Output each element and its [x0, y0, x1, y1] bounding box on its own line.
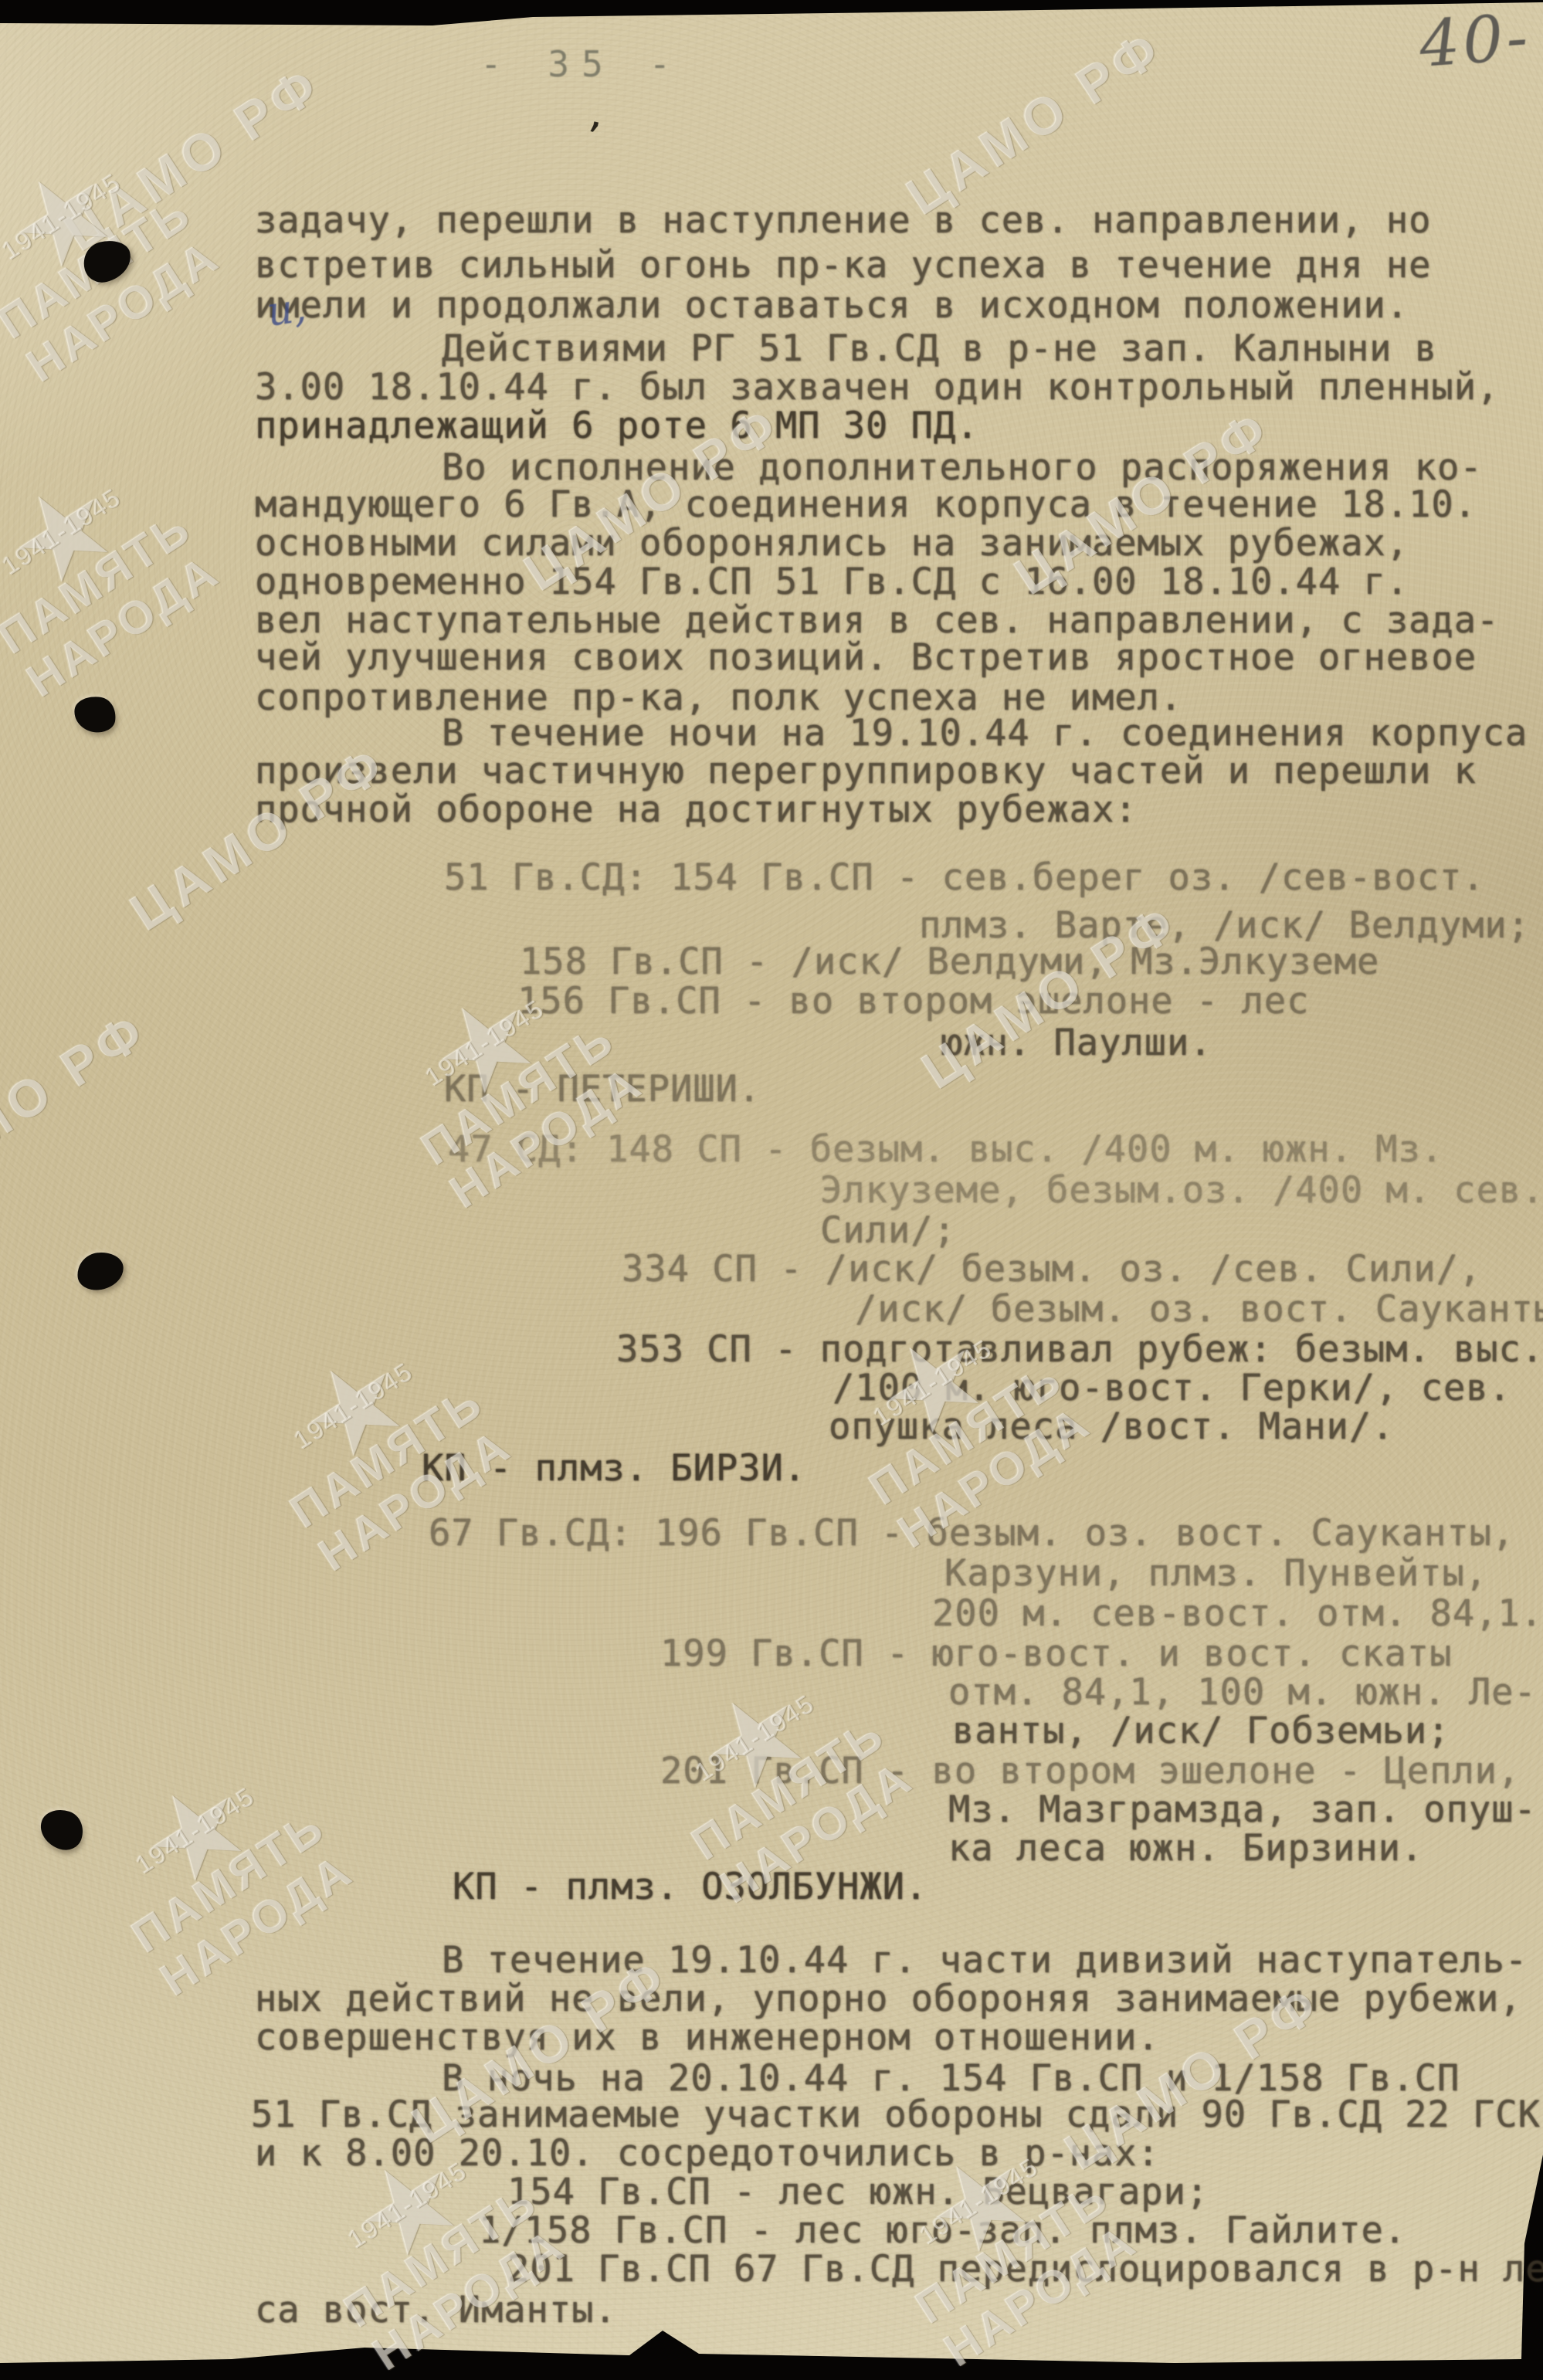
typewritten-line: основными силами оборонялись на занимаем…	[255, 525, 1409, 561]
typewritten-line: Элкуземе, безым.оз. /400 м. сев.	[820, 1172, 1543, 1209]
typewritten-line: имели и продолжали оставаться в исходном…	[255, 287, 1409, 324]
typewritten-line: 156 Гв.СП - во втором эшелоне - лес	[517, 983, 1309, 1019]
typewritten-line: /100 м. юго-вост. Герки/, сев.	[833, 1370, 1511, 1406]
typewritten-line: Карзуни, плмз. Пунвейты,	[944, 1555, 1487, 1592]
typewritten-line: 154 Гв.СП - лес южн. Вецвагари;	[507, 2174, 1209, 2210]
typewritten-line: 3.00 18.10.44 г. был захвачен один контр…	[255, 369, 1499, 405]
typewritten-line: ных действий не вели, упорно обороняя за…	[255, 1981, 1522, 2017]
typewritten-line: 200 м. сев-вост. отм. 84,1.	[932, 1595, 1543, 1632]
typewritten-line: 158 Гв.СП - /иск/ Велдуми, Мз.Элкуземе	[520, 944, 1379, 980]
typewritten-line: 51 Гв.СД занимаемые участки обороны сдал…	[251, 2097, 1541, 2133]
typewritten-line: плмз. Варте, /иск/ Велдуми;	[919, 907, 1530, 944]
typewritten-line: /иск/ безым. оз. вост. Сауканты;	[855, 1291, 1543, 1327]
typewritten-line: совершенствуя их в инженерном отношении.	[255, 2019, 1160, 2056]
typewritten-line: произвели частичную перегруппировку част…	[255, 753, 1477, 789]
typewritten-line: Действиями РГ 51 Гв.СД в р-не зап. Калны…	[442, 331, 1437, 367]
typewritten-line: 47 СД: 148 СП - безым. выс. /400 м. южн.…	[448, 1131, 1443, 1168]
typewritten-line: принадлежащий 6 роте 6 МП 30 ПД.	[255, 408, 978, 444]
scanned-document-screenshot: { "scan": { "handwritten_page_number": "…	[0, 0, 1543, 2380]
typewritten-line: Сили/;	[820, 1212, 956, 1249]
typewritten-line: 353 СП - подготавливал рубеж: безым. выс…	[616, 1331, 1543, 1368]
typewritten-line: 199 Гв.СП - юго-вост. и вост. скаты	[660, 1636, 1452, 1672]
typewritten-line: и к 8.00 20.10. сосредоточились в р-нах:	[255, 2135, 1160, 2171]
typewritten-line: задачу, перешли в наступление в сев. нап…	[255, 202, 1431, 239]
typewritten-line: 201 Гв.СП - во втором эшелоне - Цепли,	[660, 1753, 1520, 1789]
typewritten-line: 334 СП - /иск/ безым. оз. /сев. Сили/,	[622, 1251, 1481, 1287]
typewritten-line: Во исполнение дополнительного распоряжен…	[442, 449, 1483, 486]
typewritten-line: 201 Гв.СП 67 Гв.СД передислоцировался в …	[507, 2251, 1543, 2287]
typewritten-line: опушка леса /вост. Мани/.	[829, 1409, 1394, 1445]
typewritten-line: отм. 84,1, 100 м. южн. Ле-	[948, 1674, 1537, 1710]
typewritten-line: КП - плмз. БИРЗИ.	[422, 1450, 806, 1487]
typewritten-line: ванты, /иск/ Гобземьи;	[952, 1713, 1450, 1749]
typewritten-line: 51 Гв.СД: 154 Гв.СП - сев.берег оз. /сев…	[444, 859, 1485, 896]
handwritten-page-number: 40-	[1417, 1, 1533, 82]
typewritten-line: Мз. Мазграмзда, зап. опуш-	[948, 1792, 1537, 1828]
typewritten-line: В ночь на 20.10.44 г. 154 Гв.СП и 1/158 …	[442, 2060, 1460, 2097]
typewritten-line: вел наступательные действия в сев. напра…	[255, 602, 1499, 639]
typewritten-line: КП - плмз. ОЗОЛБУНЖИ.	[453, 1869, 927, 1905]
typewritten-line: встретив сильный огонь пр-ка успеха в те…	[255, 247, 1431, 283]
typewritten-line: 1/158 Гв.СП - лес юго-зап. плмз. Гайлите…	[479, 2212, 1406, 2249]
typewritten-line: мандующего 6 Гв.А, соединения корпуса в …	[255, 487, 1477, 523]
typewritten-line: В течение ночи на 19.10.44 г. соединения…	[442, 715, 1528, 751]
typewritten-line: ка леса южн. Бирзини.	[948, 1830, 1423, 1866]
typewritten-line: са вост. Иманты.	[255, 2292, 617, 2328]
page-number: - 35 -	[480, 43, 683, 85]
typewritten-line: чей улучшения своих позиций. Встретив яр…	[255, 639, 1477, 676]
typewritten-line: 67 Гв.СД: 196 Гв.СП - безым. оз. вост. С…	[429, 1515, 1514, 1551]
handwritten-insertion: и,	[264, 285, 309, 336]
typewritten-line: прочной обороне на достигнутых рубежах:	[255, 792, 1138, 828]
typewritten-line: КП - ПЕТЕРИШИ.	[444, 1071, 761, 1107]
typewritten-line: В течение 19.10.44 г. части дивизий наст…	[442, 1942, 1528, 1978]
typewritten-line: южн. Паулши.	[941, 1025, 1212, 1061]
typewritten-line: одновременно 154 Гв.СП 51 Гв.СД с 16.00 …	[255, 564, 1409, 600]
typewritten-line: сопротивление пр-ка, полк успеха не имел…	[255, 680, 1182, 716]
